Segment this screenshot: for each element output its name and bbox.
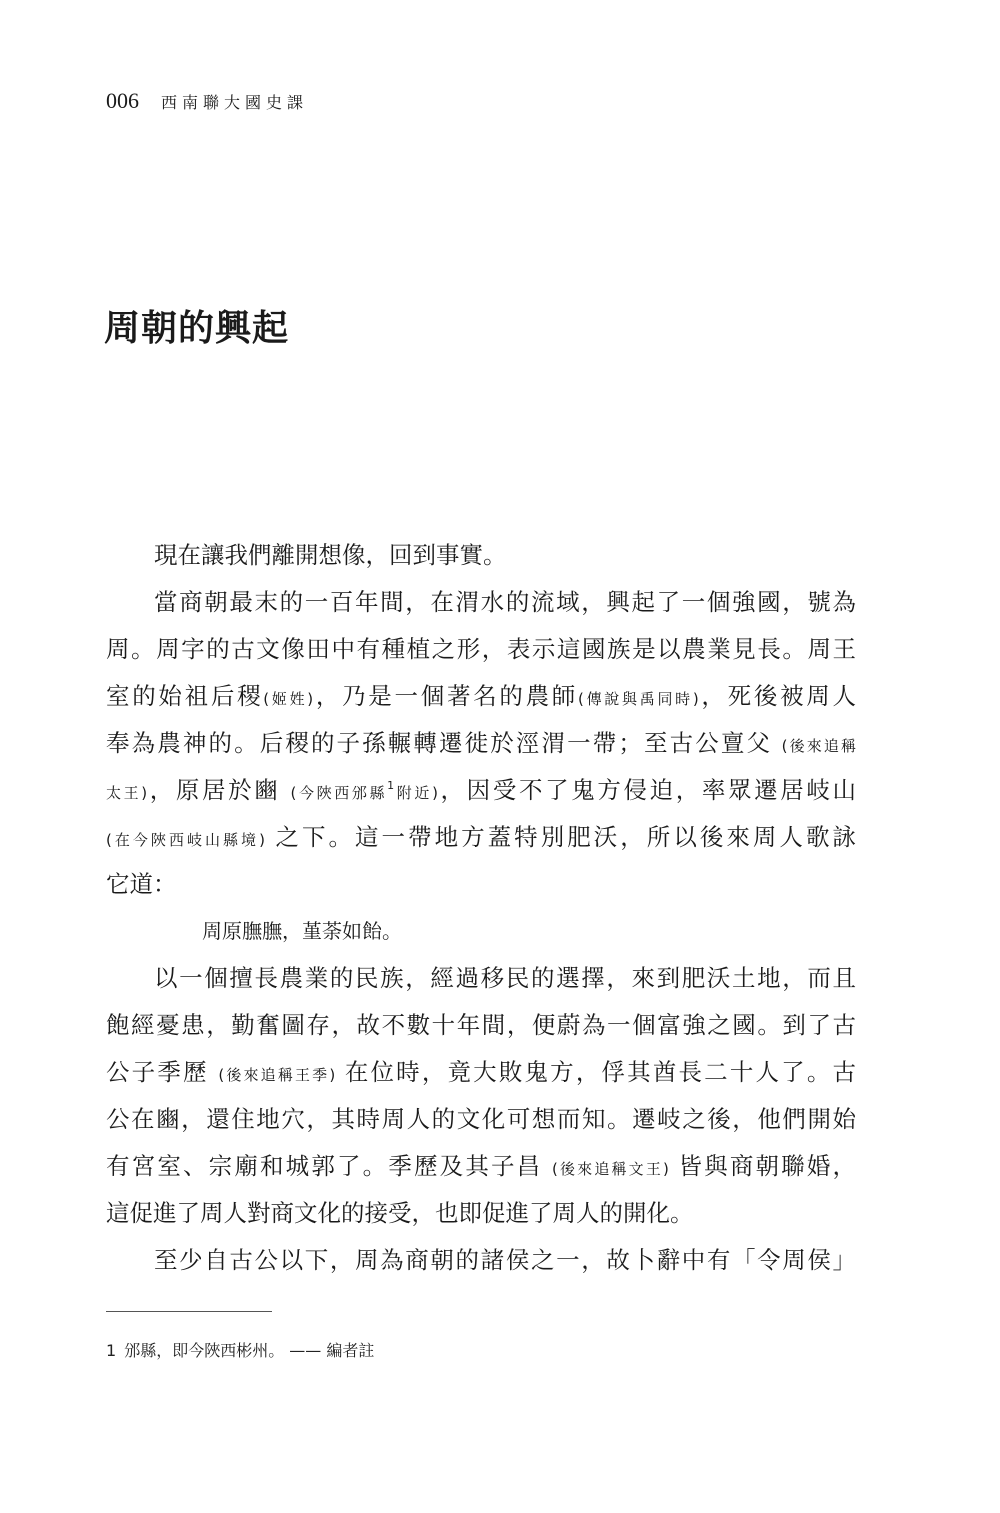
text-run: ，死後被周人 (699, 682, 856, 710)
inline-note: (後來追稱 (782, 737, 856, 755)
text-run: 這促進了周人對商文化的接受，也即促進了周人的開化。 (106, 1199, 694, 1227)
paragraph-line: 公在豳，還住地穴，其時周人的文化可想而知。遷岐之後，他們開始 (106, 1096, 856, 1143)
footnote-number: 1 (106, 1341, 116, 1360)
text-run: ，原居於豳 (147, 776, 280, 804)
text-run: 在位時，竟大敗鬼方，俘其酋長二十人了。古 (345, 1058, 856, 1086)
footnote-text: 邠縣，即今陜西彬州。 —— 編者註 (124, 1341, 374, 1360)
book-title: 西南聯大國史課 (161, 90, 308, 113)
text-run: 公在豳，還住地穴，其時周人的文化可想而知。遷岐之後，他們開始 (106, 1105, 856, 1133)
inline-note: (姬姓) (263, 690, 313, 708)
inline-note: 附近) (394, 784, 438, 802)
paragraph-line: 它道： (106, 861, 856, 908)
text-run: 奉為農神的。后稷的子孫輾轉遷徙於涇渭一帶；至古公亶父 (106, 729, 772, 757)
text-run: 它道： (106, 870, 177, 898)
text-run: 室的始祖后稷 (106, 682, 263, 710)
text-run: 當商朝最末的一百年間，在渭水的流域，興起了一個強國，號為 (154, 588, 856, 616)
text-run: 現在讓我們離開想像，回到事實。 (154, 541, 507, 569)
text-run: 至少自古公以下，周為商朝的諸侯之一，故卜辭中有「令周侯」 (154, 1246, 856, 1274)
paragraph-line: 公子季歷 (後來追稱王季) 在位時，竟大敗鬼方，俘其酋長二十人了。古 (106, 1049, 856, 1096)
paragraph-line: 飽經憂患，勤奮圖存，故不數十年間，便蔚為一個富強之國。到了古 (106, 1002, 856, 1049)
paragraph-line: (在今陜西岐山縣境) 之下。這一帶地方蓋特別肥沃，所以後來周人歌詠 (106, 814, 856, 861)
text-run: 皆與商朝聯婚， (678, 1152, 856, 1180)
paragraph-line: 太王)，原居於豳 (今陜西邠縣1附近)，因受不了鬼方侵迫，率眾遷居岐山 (106, 767, 856, 814)
inline-note: (後來追稱文王) (552, 1160, 669, 1178)
text-run: 周。周字的古文像田中有種植之形，表示這國族是以農業見長。周王 (106, 635, 856, 663)
inline-note: (後來追稱王季) (218, 1066, 335, 1084)
paragraph-line: 現在讓我們離開想像，回到事實。 (106, 532, 856, 579)
paragraph-line: 室的始祖后稷(姬姓)，乃是一個著名的農師(傳說與禹同時)，死後被周人 (106, 673, 856, 720)
chapter-title: 周朝的興起 (104, 300, 289, 351)
paragraph-line: 有宮室、宗廟和城郭了。季歷及其子昌 (後來追稱文王) 皆與商朝聯婚， (106, 1143, 856, 1190)
inline-note: (今陜西邠縣 (291, 784, 388, 802)
paragraph-line: 當商朝最末的一百年間，在渭水的流域，興起了一個強國，號為 (106, 579, 856, 626)
paragraph-line: 至少自古公以下，周為商朝的諸侯之一，故卜辭中有「令周侯」 (106, 1237, 856, 1284)
text-run: 周原膴膴，堇荼如飴。 (202, 919, 402, 943)
text-run: ，因受不了鬼方侵迫，率眾遷居岐山 (438, 776, 856, 804)
running-head: 006 西南聯大國史課 (106, 88, 308, 114)
text-run: 以一個擅長農業的民族，經過移民的選擇，來到肥沃土地，而且 (154, 964, 856, 992)
inline-note: (在今陜西岐山縣境) (106, 831, 265, 849)
paragraph-line: 這促進了周人對商文化的接受，也即促進了周人的開化。 (106, 1190, 856, 1237)
text-run: 公子季歷 (106, 1058, 209, 1086)
page-number: 006 (106, 88, 139, 114)
text-run: 有宮室、宗廟和城郭了。季歷及其子昌 (106, 1152, 542, 1180)
body-text: 現在讓我們離開想像，回到事實。 當商朝最末的一百年間，在渭水的流域，興起了一個強… (106, 532, 856, 1284)
poem-quote: 周原膴膴，堇荼如飴。 (106, 908, 856, 955)
text-run: 飽經憂患，勤奮圖存，故不數十年間，便蔚為一個富強之國。到了古 (106, 1011, 856, 1039)
inline-note: (傳說與禹同時) (578, 690, 699, 708)
text-run: 之下。這一帶地方蓋特別肥沃，所以後來周人歌詠 (275, 823, 856, 851)
footnote-divider (106, 1311, 272, 1312)
inline-note: 太王) (106, 784, 147, 802)
footnote: 1邠縣，即今陜西彬州。 —— 編者註 (106, 1338, 374, 1361)
paragraph-line: 周。周字的古文像田中有種植之形，表示這國族是以農業見長。周王 (106, 626, 856, 673)
text-run: ，乃是一個著名的農師 (313, 682, 578, 710)
paragraph-line: 以一個擅長農業的民族，經過移民的選擇，來到肥沃土地，而且 (106, 955, 856, 1002)
paragraph-line: 奉為農神的。后稷的子孫輾轉遷徙於涇渭一帶；至古公亶父 (後來追稱 (106, 720, 856, 767)
